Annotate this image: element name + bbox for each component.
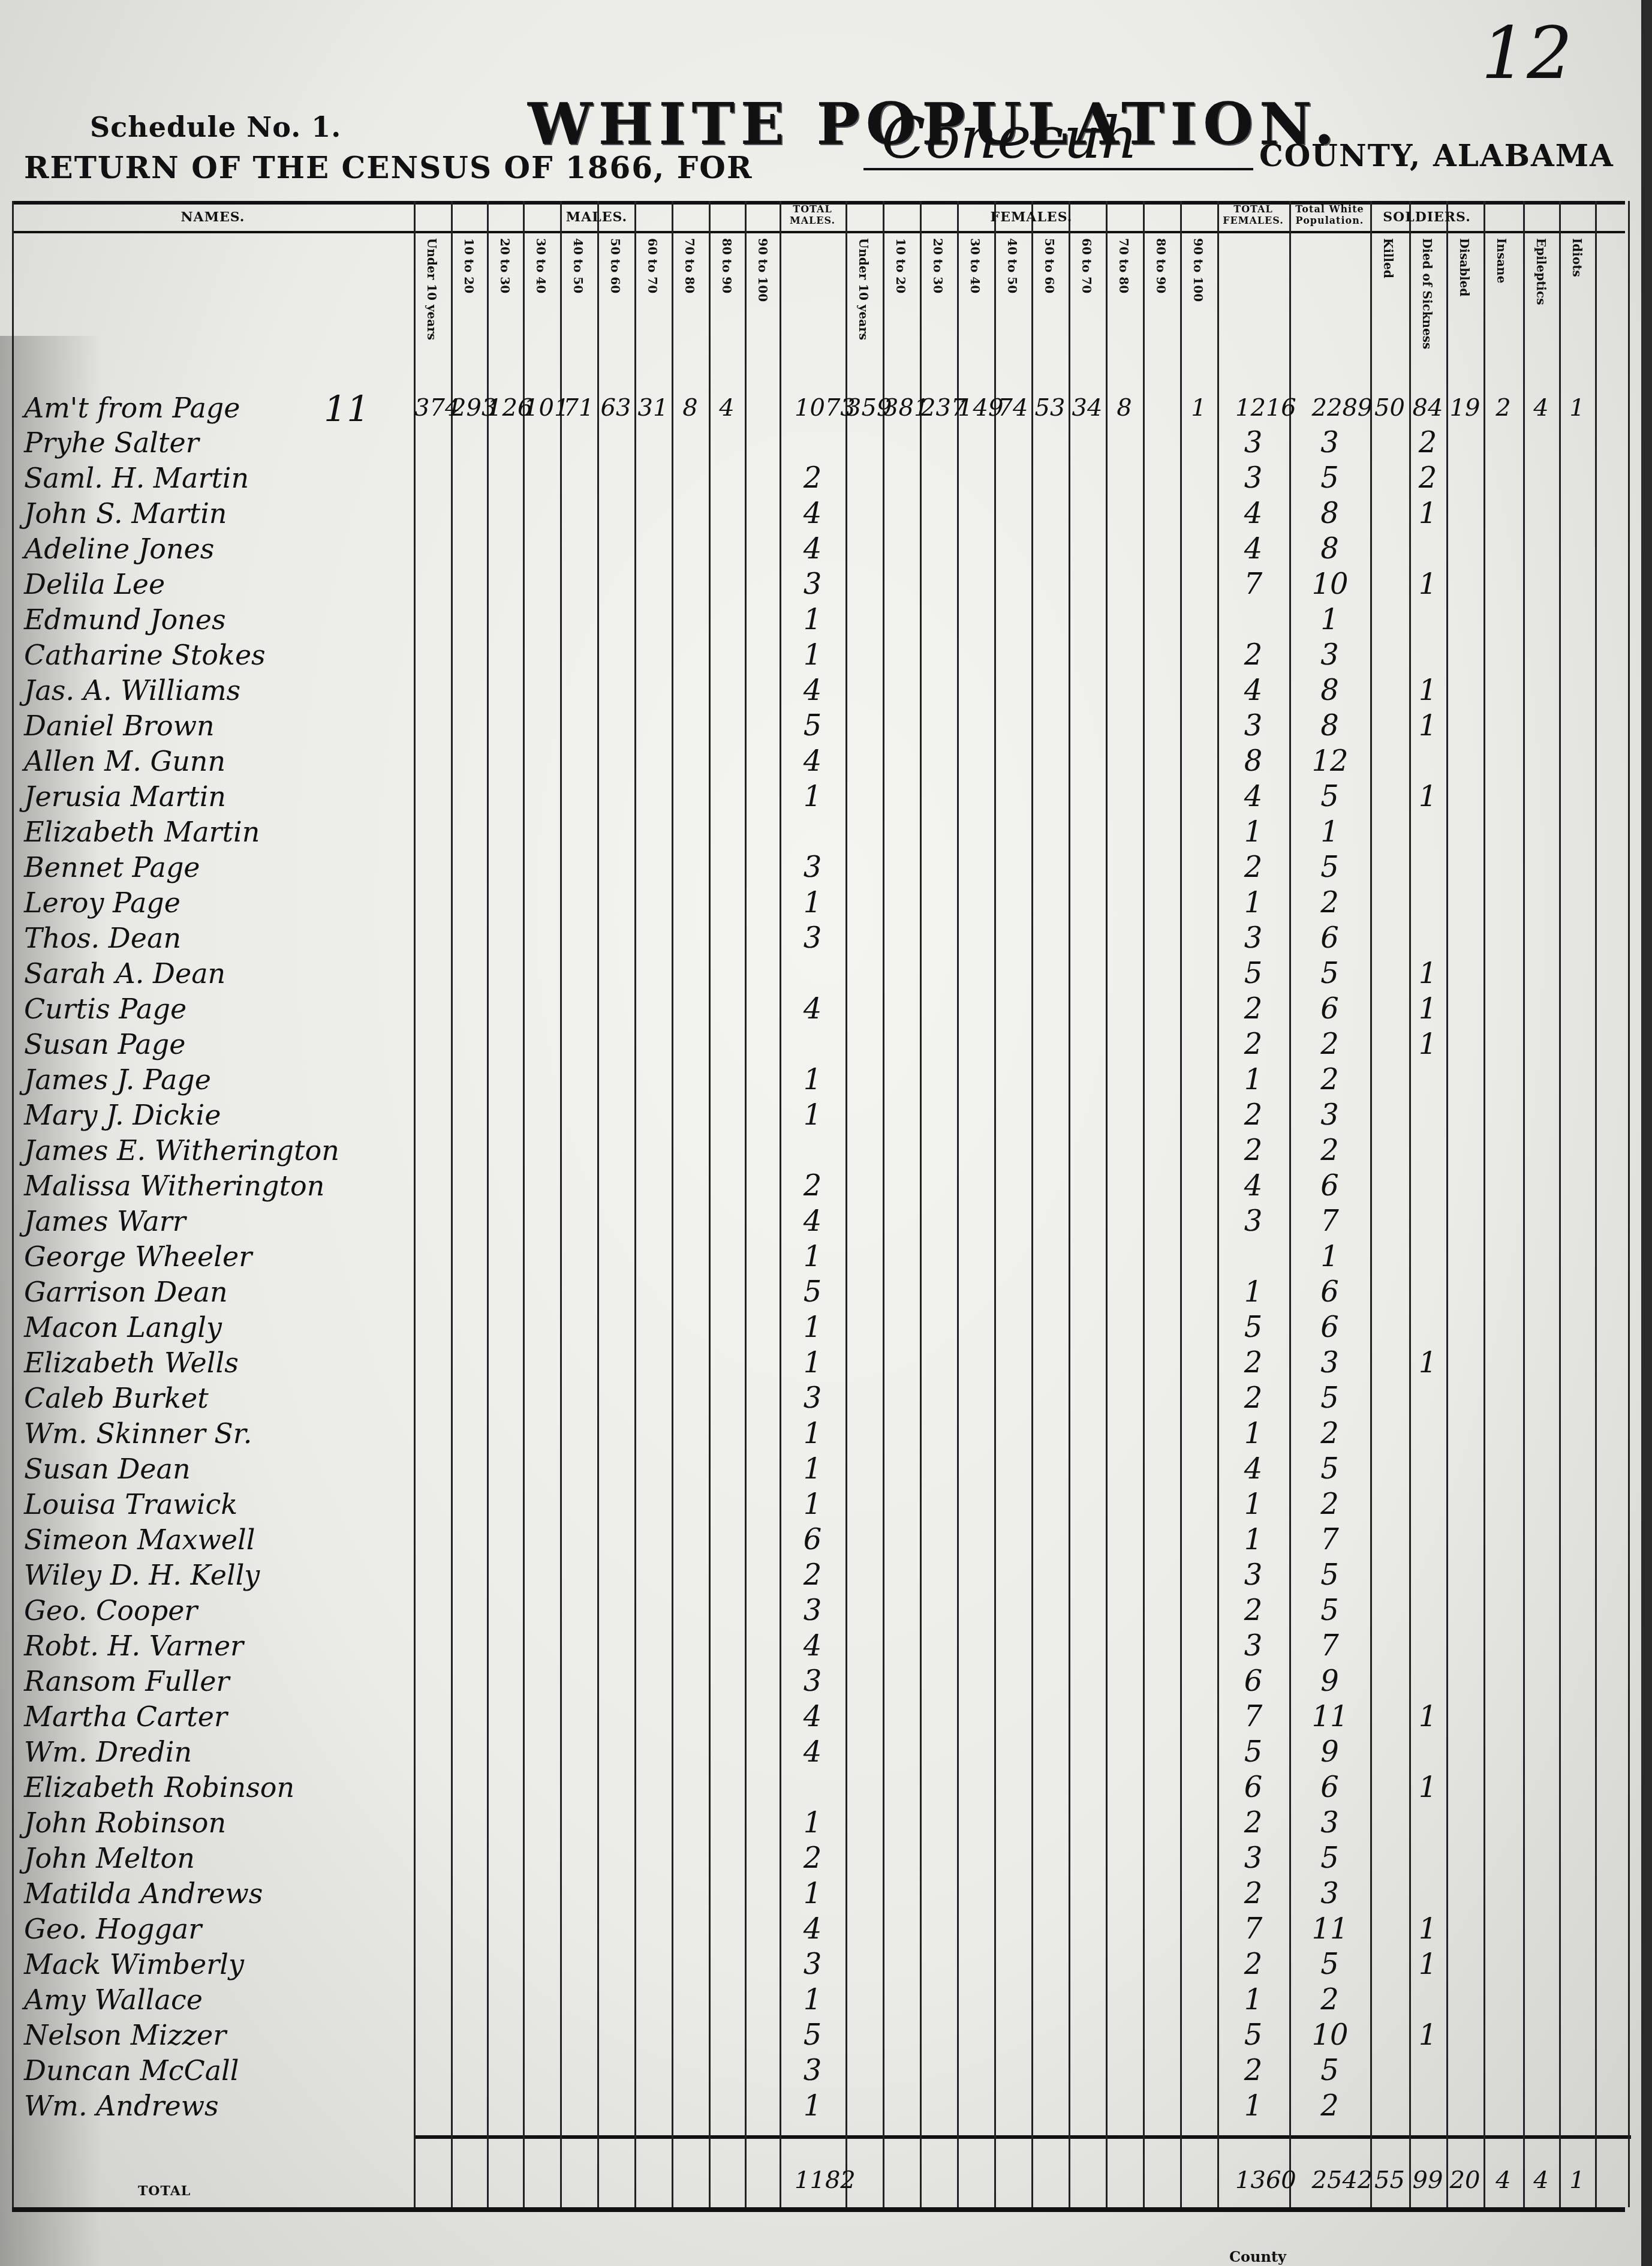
- column-rule: [957, 201, 959, 2207]
- household-name: Geo. Cooper: [24, 1592, 396, 1628]
- died-of-sickness: 1: [1410, 708, 1446, 744]
- household-name: Sarah A. Dean: [24, 955, 396, 991]
- total-population: 5: [1312, 1557, 1348, 1593]
- household-name: Malissa Witherington: [24, 1168, 396, 1204]
- died-of-sickness: 1: [1410, 1946, 1446, 1982]
- column-rule: [451, 201, 453, 2207]
- total-population: 8: [1312, 495, 1348, 531]
- household-name: Jas. A. Williams: [24, 672, 396, 708]
- household-name: Louisa Trawick: [24, 1486, 396, 1522]
- grand-total-condition: 4: [1485, 2162, 1521, 2198]
- total-females: 2: [1235, 1805, 1271, 1841]
- household-name: Wiley D. H. Kelly: [24, 1557, 396, 1593]
- total-females: 8: [1235, 743, 1271, 779]
- column-rule: [523, 201, 525, 2207]
- household-name: Curtis Page: [24, 991, 396, 1027]
- column-rule: [994, 201, 996, 2207]
- household-name: James E. Witherington: [24, 1132, 396, 1168]
- total-population: 3: [1312, 425, 1348, 461]
- female-count: 53: [1032, 390, 1068, 426]
- column-rule: [597, 201, 599, 2207]
- household-name: George Wheeler: [24, 1239, 396, 1275]
- total-males: 1: [795, 779, 830, 815]
- grand-total-condition: 4: [1523, 2162, 1559, 2198]
- condition-count: 4: [1523, 390, 1559, 426]
- column-rule: [1180, 201, 1182, 2207]
- total-females: 4: [1235, 1168, 1271, 1204]
- household-name: Nelson Mizzer: [24, 2017, 396, 2053]
- total-females: 3: [1235, 460, 1271, 496]
- household-name: Susan Page: [24, 1026, 396, 1062]
- household-name: Wm. Andrews: [24, 2088, 396, 2124]
- total-females: 4: [1235, 672, 1271, 708]
- female-count: 381: [883, 390, 919, 426]
- total-population: 6: [1312, 920, 1348, 956]
- total-males: 1: [795, 1309, 830, 1345]
- total-females: 7: [1235, 1911, 1271, 1947]
- household-name: Mack Wimberly: [24, 1946, 396, 1982]
- page-number: 12: [1481, 12, 1573, 95]
- total-population: 5: [1312, 2052, 1348, 2088]
- household-name: Jerusia Martin: [24, 779, 396, 815]
- total-females: 1: [1235, 814, 1271, 850]
- total-males: 3: [795, 1946, 830, 1982]
- total-males: 3: [795, 1592, 830, 1628]
- total-population: 1: [1312, 814, 1348, 850]
- total-males: 4: [795, 1911, 830, 1947]
- household-name: James Warr: [24, 1203, 396, 1239]
- male-count: 293: [451, 390, 487, 426]
- died-of-sickness: 1: [1410, 2017, 1446, 2053]
- total-females: 2: [1235, 849, 1271, 885]
- total-population: 2: [1312, 1982, 1348, 2018]
- total-population: 8: [1312, 708, 1348, 744]
- total-population: 2: [1312, 1416, 1348, 1451]
- total-females: 2: [1235, 1026, 1271, 1062]
- county-name-handwritten: Conecuh: [863, 114, 1253, 170]
- total-females: 1: [1235, 885, 1271, 921]
- county-state-label: COUNTY, ALABAMA: [1259, 138, 1614, 173]
- died-of-sickness: 1: [1410, 1911, 1446, 1947]
- total-population: 9: [1312, 1734, 1348, 1770]
- total-females: 1: [1235, 2088, 1271, 2124]
- total-females: 1: [1235, 1062, 1271, 1098]
- household-name: Elizabeth Martin: [24, 814, 396, 850]
- total-females: 4: [1235, 531, 1271, 567]
- total-population: 2: [1312, 2088, 1348, 2124]
- column-rule: [1484, 201, 1485, 2207]
- female-count: 8: [1106, 390, 1142, 426]
- total-population: 5: [1312, 1592, 1348, 1628]
- total-population: 7: [1312, 1522, 1348, 1558]
- household-name: Geo. Hoggar: [24, 1911, 396, 1947]
- total-population: 9: [1312, 1663, 1348, 1699]
- total-females: 2: [1235, 637, 1271, 673]
- grand-total-soldiers: 20: [1447, 2162, 1483, 2198]
- total-males: 1: [795, 1345, 830, 1381]
- scan-edge: [1641, 0, 1652, 2266]
- column-rule: [920, 201, 922, 2207]
- total-males: 3: [795, 1663, 830, 1699]
- column-rule: [1446, 201, 1448, 2207]
- total-males: 1: [795, 1982, 830, 2018]
- total-males: 3: [795, 920, 830, 956]
- household-name: Saml. H. Martin: [24, 460, 396, 496]
- total-females: 7: [1235, 566, 1271, 602]
- total-population: 10: [1312, 2017, 1348, 2053]
- condition-count: 1: [1559, 390, 1595, 426]
- total-males: 4: [795, 495, 830, 531]
- column-rule: [1069, 201, 1070, 2207]
- rule-total: [414, 2135, 1631, 2139]
- grand-total-females: 1360: [1235, 2162, 1271, 2198]
- footer-county-label: County: [1229, 2248, 1286, 2265]
- female-count: 34: [1069, 390, 1105, 426]
- household-name: Allen M. Gunn: [24, 743, 396, 779]
- total-females: 2: [1235, 1876, 1271, 1912]
- column-rule: [1031, 201, 1033, 2207]
- total-population: 3: [1312, 1097, 1348, 1133]
- female-count: 237: [920, 390, 956, 426]
- grand-total-soldiers: 99: [1410, 2162, 1446, 2198]
- header-soldiers: SOLDIERS.: [1370, 209, 1484, 225]
- soldier-count: 84: [1410, 390, 1446, 426]
- total-population: 10: [1312, 566, 1348, 602]
- total-females: 5: [1235, 2017, 1271, 2053]
- household-name: Ransom Fuller: [24, 1663, 396, 1699]
- total-females: 1: [1235, 1416, 1271, 1451]
- total-males: 6: [795, 1522, 830, 1558]
- header-males: MALES.: [414, 209, 780, 225]
- total-males: 5: [795, 1274, 830, 1310]
- female-count: 1: [1181, 390, 1217, 426]
- total-males: 1: [795, 602, 830, 638]
- household-name: Wm. Skinner Sr.: [24, 1416, 396, 1451]
- total-population: 2: [1312, 1026, 1348, 1062]
- column-rule: [1595, 201, 1597, 2207]
- soldier-count: 50: [1372, 390, 1408, 426]
- total-females: 4: [1235, 495, 1271, 531]
- total-population: 3: [1312, 1805, 1348, 1841]
- total-males: 1: [795, 1239, 830, 1275]
- column-rule: [1217, 201, 1219, 2207]
- household-name: Daniel Brown: [24, 708, 396, 744]
- total-females: 3: [1235, 1557, 1271, 1593]
- total-females: 1216: [1235, 390, 1271, 426]
- total-females: 3: [1235, 1628, 1271, 1664]
- rule-bottom: [12, 2207, 1625, 2212]
- household-name: Pryhe Salter: [24, 425, 396, 461]
- household-name: John Robinson: [24, 1805, 396, 1841]
- household-name: Susan Dean: [24, 1451, 396, 1487]
- total-population: 8: [1312, 531, 1348, 567]
- column-rule: [1628, 201, 1630, 2207]
- household-name: Matilda Andrews: [24, 1876, 396, 1912]
- household-name: Thos. Dean: [24, 920, 396, 956]
- female-count: 149: [958, 390, 994, 426]
- total-males: 1: [795, 1451, 830, 1487]
- column-rule: [1370, 201, 1372, 2207]
- total-males: 1073: [795, 390, 830, 426]
- total-population: 2: [1312, 1062, 1348, 1098]
- grand-total-males: 1182: [795, 2162, 830, 2198]
- total-males: 2: [795, 1168, 830, 1204]
- total-females: 2: [1235, 1946, 1271, 1982]
- died-of-sickness: 1: [1410, 1769, 1446, 1805]
- total-males: 4: [795, 1203, 830, 1239]
- total-population: 1: [1312, 1239, 1348, 1275]
- column-rule: [12, 201, 14, 2207]
- total-males: 4: [795, 531, 830, 567]
- total-females: 1: [1235, 1274, 1271, 1310]
- total-males: 4: [795, 1628, 830, 1664]
- total-males: 2: [795, 1557, 830, 1593]
- schedule-label: Schedule No. 1.: [90, 111, 341, 143]
- total-population: 5: [1312, 1380, 1348, 1416]
- total-males: 3: [795, 566, 830, 602]
- died-of-sickness: 2: [1410, 425, 1446, 461]
- column-rule: [414, 201, 416, 2207]
- total-population: 6: [1312, 1168, 1348, 1204]
- total-population: 3: [1312, 1876, 1348, 1912]
- total-females: 2: [1235, 1380, 1271, 1416]
- died-of-sickness: 1: [1410, 566, 1446, 602]
- total-population: 2289: [1312, 390, 1348, 426]
- household-name: Catharine Stokes: [24, 637, 396, 673]
- total-females: 3: [1235, 1203, 1271, 1239]
- household-name: Duncan McCall: [24, 2052, 396, 2088]
- total-females: 4: [1235, 779, 1271, 815]
- died-of-sickness: 1: [1410, 779, 1446, 815]
- total-males: 1: [795, 1876, 830, 1912]
- female-count: 359: [846, 390, 882, 426]
- total-males: 1: [795, 2088, 830, 2124]
- total-females: 2: [1235, 991, 1271, 1027]
- total-females: 6: [1235, 1663, 1271, 1699]
- male-count: 374: [414, 390, 450, 426]
- total-population: 5: [1312, 849, 1348, 885]
- total-females: 3: [1235, 920, 1271, 956]
- column-rule: [1523, 201, 1525, 2207]
- died-of-sickness: 1: [1410, 1345, 1446, 1381]
- column-rule: [745, 201, 747, 2207]
- total-population: 3: [1312, 637, 1348, 673]
- header-names: NAMES.: [12, 209, 414, 225]
- total-population: 5: [1312, 779, 1348, 815]
- total-females: 3: [1235, 1840, 1271, 1876]
- household-name: John Melton: [24, 1840, 396, 1876]
- total-population: 11: [1312, 1699, 1348, 1735]
- household-name: Delila Lee: [24, 566, 396, 602]
- total-females: 1: [1235, 1486, 1271, 1522]
- total-population: 2: [1312, 1132, 1348, 1168]
- rule-header: [12, 231, 1625, 233]
- male-count: 31: [635, 390, 671, 426]
- total-females: 2: [1235, 2052, 1271, 2088]
- total-males: 1: [795, 1097, 830, 1133]
- column-rule: [1289, 201, 1291, 2207]
- total-population: 6: [1312, 1309, 1348, 1345]
- male-count: 63: [598, 390, 634, 426]
- column-rule: [560, 201, 562, 2207]
- total-females: 3: [1235, 425, 1271, 461]
- total-females: 4: [1235, 1451, 1271, 1487]
- male-age-column-header: 90 to 100: [756, 238, 770, 418]
- column-rule: [487, 201, 489, 2207]
- total-females: 5: [1235, 1734, 1271, 1770]
- total-males: 1: [795, 885, 830, 921]
- male-count: 126: [487, 390, 523, 426]
- female-age-column-header: 80 to 90: [1154, 238, 1168, 418]
- total-population: 1: [1312, 602, 1348, 638]
- total-males: 1: [795, 1805, 830, 1841]
- total-females: 2: [1235, 1592, 1271, 1628]
- column-rule: [1106, 201, 1108, 2207]
- died-of-sickness: 1: [1410, 991, 1446, 1027]
- total-females: 7: [1235, 1699, 1271, 1735]
- condition-count: 2: [1485, 390, 1521, 426]
- column-rule: [883, 201, 884, 2207]
- column-rule: [1143, 201, 1145, 2207]
- household-name: Caleb Burket: [24, 1380, 396, 1416]
- total-population: 5: [1312, 1451, 1348, 1487]
- total-population: 5: [1312, 1946, 1348, 1982]
- total-males: 4: [795, 743, 830, 779]
- column-rule: [634, 201, 636, 2207]
- male-count: 71: [561, 390, 597, 426]
- died-of-sickness: 1: [1410, 1699, 1446, 1735]
- total-males: 1: [795, 1486, 830, 1522]
- household-name: Leroy Page: [24, 885, 396, 921]
- total-females: 1: [1235, 1522, 1271, 1558]
- total-males: 4: [795, 1734, 830, 1770]
- total-population: 5: [1312, 460, 1348, 496]
- total-males: 4: [795, 672, 830, 708]
- total-population: 2: [1312, 1486, 1348, 1522]
- died-of-sickness: 1: [1410, 495, 1446, 531]
- total-males: 4: [795, 991, 830, 1027]
- died-of-sickness: 2: [1410, 460, 1446, 496]
- male-count: 4: [709, 390, 745, 426]
- column-rule: [845, 201, 847, 2207]
- total-population: 5: [1312, 955, 1348, 991]
- grand-total-soldiers: 55: [1372, 2162, 1408, 2198]
- total-population: 6: [1312, 991, 1348, 1027]
- household-name: Edmund Jones: [24, 602, 396, 638]
- household-name: Amy Wallace: [24, 1982, 396, 2018]
- household-name: Martha Carter: [24, 1699, 396, 1735]
- total-males: 2: [795, 460, 830, 496]
- total-males: 2: [795, 1840, 830, 1876]
- total-males: 1: [795, 1062, 830, 1098]
- total-population: 7: [1312, 1628, 1348, 1664]
- male-count: 101: [523, 390, 559, 426]
- total-population: 11: [1312, 1911, 1348, 1947]
- grand-total-condition: 1: [1559, 2162, 1595, 2198]
- total-females: 1: [1235, 1982, 1271, 2018]
- died-of-sickness: 1: [1410, 1026, 1446, 1062]
- column-rule: [709, 201, 711, 2207]
- household-name: Wm. Dredin: [24, 1734, 396, 1770]
- header-total-males: TOTAL MALES.: [780, 203, 845, 226]
- total-males: 5: [795, 708, 830, 744]
- column-rule: [1559, 201, 1561, 2207]
- total-males: 3: [795, 1380, 830, 1416]
- household-name: Elizabeth Robinson: [24, 1769, 396, 1805]
- total-females: 2: [1235, 1097, 1271, 1133]
- total-population: 7: [1312, 1203, 1348, 1239]
- total-females: 2: [1235, 1345, 1271, 1381]
- total-females: 5: [1235, 955, 1271, 991]
- total-population: 12: [1312, 743, 1348, 779]
- column-rule: [672, 201, 673, 2207]
- total-row-label: TOTAL: [138, 2183, 191, 2199]
- header-total-females: TOTAL FEMALES.: [1217, 203, 1289, 226]
- column-rule: [780, 201, 781, 2207]
- household-name: James J. Page: [24, 1062, 396, 1098]
- total-females: 6: [1235, 1769, 1271, 1805]
- total-males: 3: [795, 2052, 830, 2088]
- male-count: 8: [672, 390, 708, 426]
- household-name: John S. Martin: [24, 495, 396, 531]
- household-name: Garrison Dean: [24, 1274, 396, 1310]
- total-males: 1: [795, 637, 830, 673]
- return-heading: RETURN OF THE CENSUS OF 1866, FOR: [24, 150, 753, 185]
- header-total-population: Total White Population.: [1289, 203, 1370, 226]
- died-of-sickness: 1: [1410, 672, 1446, 708]
- total-males: 4: [795, 1699, 830, 1735]
- total-males: 5: [795, 2017, 830, 2053]
- household-name: Mary J. Dickie: [24, 1097, 396, 1133]
- household-name: Robt. H. Varner: [24, 1628, 396, 1664]
- total-females: 5: [1235, 1309, 1271, 1345]
- total-females: 3: [1235, 708, 1271, 744]
- household-name: Elizabeth Wells: [24, 1345, 396, 1381]
- household-name: Simeon Maxwell: [24, 1522, 396, 1558]
- total-population: 2: [1312, 885, 1348, 921]
- household-name: Bennet Page: [24, 849, 396, 885]
- header-females: FEMALES.: [845, 209, 1217, 225]
- total-population: 6: [1312, 1769, 1348, 1805]
- total-population: 8: [1312, 672, 1348, 708]
- female-count: 74: [995, 390, 1031, 426]
- soldier-count: 19: [1447, 390, 1483, 426]
- total-population: 5: [1312, 1840, 1348, 1876]
- household-name: Adeline Jones: [24, 531, 396, 567]
- died-of-sickness: 1: [1410, 955, 1446, 991]
- total-population: 3: [1312, 1345, 1348, 1381]
- household-name: Macon Langly: [24, 1309, 396, 1345]
- total-population: 6: [1312, 1274, 1348, 1310]
- total-females: 2: [1235, 1132, 1271, 1168]
- grand-total-population: 2542: [1312, 2162, 1348, 2198]
- total-males: 3: [795, 849, 830, 885]
- total-males: 1: [795, 1416, 830, 1451]
